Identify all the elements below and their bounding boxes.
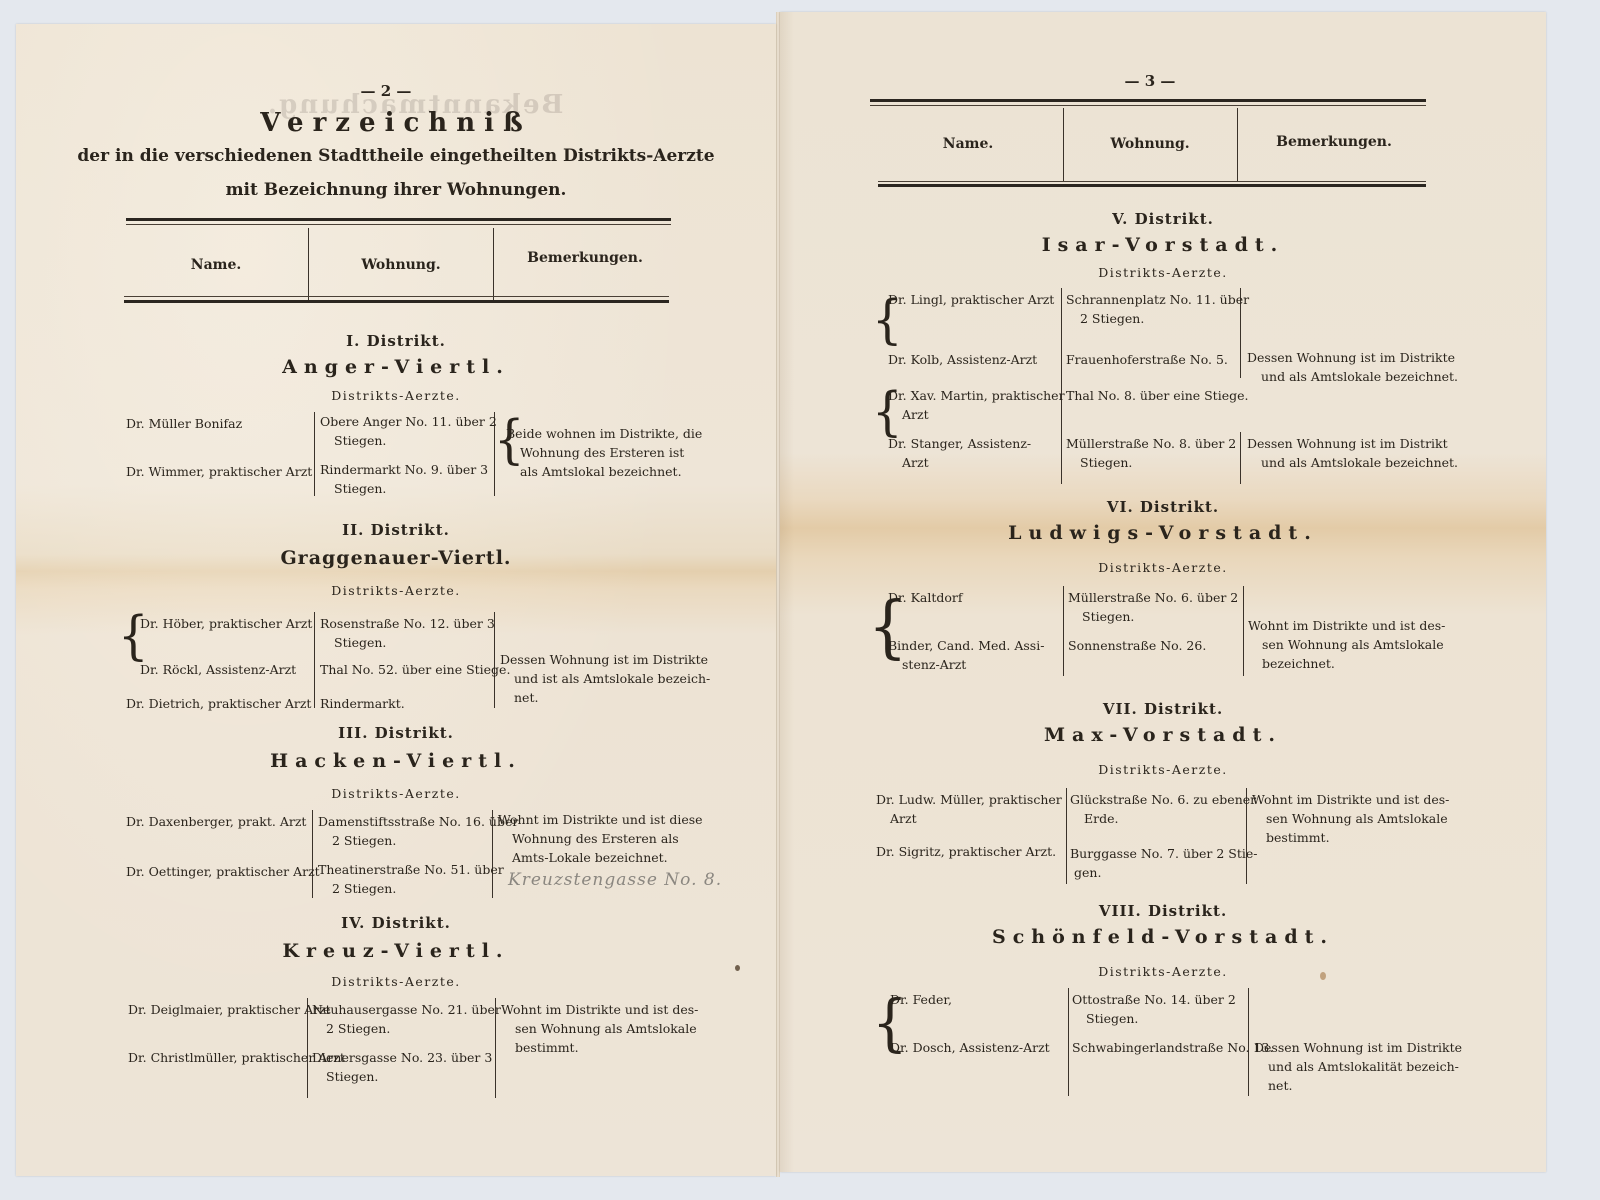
doctor-address: Rindermarkt. (320, 694, 405, 713)
doctor-name: Dr. Deiglmaier, praktischer Arzt (128, 1000, 331, 1019)
district-doctors-label: Distrikts-Aerzte. (780, 762, 1546, 777)
doctor-name: Dr. Oettinger, praktischer Arzt (126, 862, 320, 881)
doctor-name: Dr. Dosch, Assistenz-Arzt (890, 1038, 1050, 1057)
header-rule-top (126, 218, 671, 221)
doctor-address: Müllerstraße No. 6. über 2 Stiegen. (1068, 588, 1238, 626)
doctor-name: Dr. Feder, (890, 990, 952, 1009)
district-doctors-label: Distrikts-Aerzte. (780, 265, 1546, 280)
doctor-remark: Dessen Wohnung ist im Distrikt und als A… (1247, 434, 1458, 472)
document-subtitle-line1: der in die verschiedenen Stadttheile ein… (16, 146, 776, 166)
left-page: Bekanntmachung. — 2 — Verzeichniß der in… (16, 24, 776, 1176)
doctor-remark: Dessen Wohnung ist im Distrikte und als … (1247, 348, 1458, 386)
district-number: IV. Distrikt. (16, 914, 776, 932)
district-remark: Wohnt im Distrikte und ist des- sen Wohn… (1248, 616, 1445, 673)
header-divider-2 (493, 228, 494, 300)
district-quarter: Graggenauer-Viertl. (16, 547, 776, 569)
doctor-address: Neuhausergasse No. 21. über 2 Stiegen. (312, 1000, 501, 1038)
district-remark: Wohnt im Distrikte und ist des- sen Wohn… (501, 1000, 698, 1057)
district-number: VII. Distrikt. (780, 700, 1546, 718)
doctor-name: Dr. Ludw. Müller, praktischer Arzt (876, 790, 1062, 828)
doctor-address: Theatinerstraße No. 51. über 2 Stiegen. (318, 860, 504, 898)
district-quarter: Ludwigs-Vorstadt. (780, 522, 1546, 544)
district-number: V. Distrikt. (780, 210, 1546, 228)
doctor-name: Dr. Röckl, Assistenz-Arzt (140, 660, 296, 679)
ink-stain (1320, 972, 1326, 980)
district-remark: Dessen Wohnung ist im Distrikte und ist … (500, 650, 710, 707)
doctor-address: Schwabingerlandstraße No. 13. (1072, 1038, 1273, 1057)
district-number: VI. Distrikt. (780, 498, 1546, 516)
column-divider (1068, 988, 1069, 1096)
doctor-address: Thal No. 52. über eine Stiege. (320, 660, 510, 679)
district-number: VIII. Distrikt. (780, 902, 1546, 920)
header-rule-top (870, 99, 1426, 102)
district-doctors-label: Distrikts-Aerzte. (780, 560, 1546, 575)
district-doctors-label: Distrikts-Aerzte. (780, 964, 1546, 979)
doctor-address: Sonnenstraße No. 26. (1068, 636, 1206, 655)
doctor-name: Dr. Dietrich, praktischer Arzt (126, 694, 311, 713)
doctor-address: Ottostraße No. 14. über 2 Stiegen. (1072, 990, 1236, 1028)
district-remark: Beide wohnen im Distrikte, die Wohnung d… (506, 424, 702, 481)
column-header-name: Name. (875, 136, 1061, 152)
column-divider (1063, 586, 1064, 676)
doctor-name: Dr. Kolb, Assistenz-Arzt (888, 350, 1037, 369)
district-quarter: Max-Vorstadt. (780, 724, 1546, 746)
district-remark: Wohnt im Distrikte und ist des- sen Wohn… (1252, 790, 1449, 847)
district-number: II. Distrikt. (16, 521, 776, 539)
doctor-address: Glückstraße No. 6. zu ebener Erde. (1070, 790, 1256, 828)
district-quarter: Kreuz-Viertl. (16, 940, 776, 962)
header-divider-1 (1063, 108, 1064, 182)
doctor-address: Frauenhoferstraße No. 5. (1066, 350, 1228, 369)
column-header-bemerkungen: Bemerkungen. (495, 250, 675, 266)
header-rule-top-thin (870, 105, 1426, 106)
handwritten-note: Kreuzstengasse No. 8. (508, 870, 722, 890)
column-header-wohnung: Wohnung. (1065, 136, 1235, 152)
doctor-name: Dr. Lingl, praktischer Arzt (888, 290, 1054, 309)
doctor-address: Rindermarkt No. 9. über 3 Stiegen. (320, 460, 488, 498)
district-quarter: Hacken-Viertl. (16, 750, 776, 772)
doctor-name: Dr. Daxenberger, prakt. Arzt (126, 812, 306, 831)
doctor-name: Dr. Wimmer, praktischer Arzt (126, 462, 312, 481)
header-rule-top-thin (126, 224, 671, 225)
doctor-address: Rosenstraße No. 12. über 3 Stiegen. (320, 614, 495, 652)
column-divider (312, 810, 313, 898)
doctor-name: Dr. Xav. Martin, praktischer Arzt (888, 386, 1065, 424)
header-rule-bottom (878, 184, 1426, 187)
column-divider (314, 612, 315, 708)
district-doctors-label: Distrikts-Aerzte. (16, 583, 776, 598)
document-title: Verzeichniß (16, 108, 776, 138)
doctor-name: Binder, Cand. Med. Assi- stenz-Arzt (888, 636, 1044, 674)
district-quarter: Anger-Viertl. (16, 356, 776, 378)
district-number: I. Distrikt. (16, 332, 776, 350)
column-divider (1243, 586, 1244, 676)
header-divider-2 (1237, 108, 1238, 182)
doctor-address: Obere Anger No. 11. über 2 Stiegen. (320, 412, 497, 450)
doctor-name: Dr. Sigritz, praktischer Arzt. (876, 842, 1056, 861)
district-quarter: Schönfeld-Vorstadt. (780, 926, 1546, 948)
header-rule-bottom-thin (878, 181, 1426, 182)
doctor-address: Schrannenplatz No. 11. über 2 Stiegen. (1066, 290, 1249, 328)
doctor-name: Dr. Müller Bonifaz (126, 414, 242, 433)
doctor-name: Dr. Stanger, Assistenz- Arzt (888, 434, 1031, 472)
doctor-address: Burggasse No. 7. über 2 Stie- gen. (1070, 844, 1258, 882)
column-header-bemerkungen: Bemerkungen. (1239, 134, 1429, 150)
doctor-address: Dienersgasse No. 23. über 3 Stiegen. (312, 1048, 492, 1086)
district-doctors-label: Distrikts-Aerzte. (16, 786, 776, 801)
column-header-wohnung: Wohnung. (310, 257, 492, 273)
page-number: — 3 — (1110, 72, 1190, 90)
header-divider-1 (308, 228, 309, 300)
doctor-address: Thal No. 8. über eine Stiege. (1066, 386, 1248, 405)
district-quarter: Isar-Vorstadt. (780, 234, 1546, 256)
district-doctors-label: Distrikts-Aerzte. (16, 974, 776, 989)
column-divider (314, 412, 315, 496)
column-divider (1240, 432, 1241, 484)
header-rule-bottom (124, 300, 669, 303)
header-rule-bottom-thin (124, 296, 669, 297)
doctor-address: Müllerstraße No. 8. über 2 Stiegen. (1066, 434, 1236, 472)
document-subtitle-line2: mit Bezeichnung ihrer Wohnungen. (16, 180, 776, 200)
doctor-name: Dr. Höber, praktischer Arzt (140, 614, 312, 633)
district-remark: Wohnt im Distrikte und ist diese Wohnung… (498, 810, 703, 867)
column-divider (1066, 788, 1067, 884)
doctor-name: Dr. Kaltdorf (888, 588, 963, 607)
column-header-name: Name. (126, 257, 306, 273)
right-page: — 3 — Name. Wohnung. Bemerkungen. V. Dis… (780, 12, 1546, 1172)
district-doctors-label: Distrikts-Aerzte. (16, 388, 776, 403)
doctor-address: Damenstiftsstraße No. 16. über 2 Stiegen… (318, 812, 518, 850)
page-number: — 2 — (346, 82, 426, 100)
district-number: III. Distrikt. (16, 724, 776, 742)
ink-speck (735, 965, 740, 971)
doctor-remark: Dessen Wohnung ist im Distrikte und als … (1254, 1038, 1462, 1095)
